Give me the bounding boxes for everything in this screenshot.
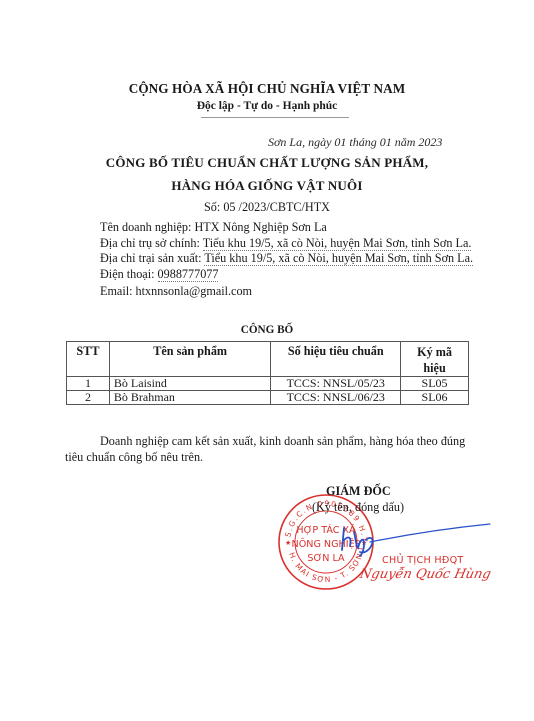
- phone-row: Điện thoại: 0988777077: [100, 267, 218, 282]
- company-name-row: Tên doanh nghiệp: HTX Nông Nghiệp Sơn La: [100, 220, 327, 235]
- national-motto: Độc lập - Tự do - Hạnh phúc: [0, 100, 534, 112]
- cell-code: SL06: [401, 391, 469, 405]
- table-header-row: STT Tên sản phẩm Số hiệu tiêu chuẩn Ký m…: [67, 342, 469, 377]
- document-number: Số: 05 /2023/CBTC/HTX: [0, 200, 534, 215]
- commitment-line1: Doanh nghiệp cam kết sản xuất, kinh doan…: [100, 434, 465, 449]
- headquarters-address-value: Tiểu khu 19/5, xã cò Nòi, huyện Mai Sơn,…: [203, 236, 472, 251]
- email-label: Email:: [100, 284, 136, 298]
- farm-address-row: Địa chỉ trại sản xuất: Tiểu khu 19/5, xã…: [100, 251, 473, 266]
- national-title: CỘNG HÒA XÃ HỘI CHỦ NGHĨA VIỆT NAM: [0, 81, 534, 97]
- cell-stt: 1: [67, 377, 110, 391]
- motto-underline-divider: [201, 117, 349, 118]
- column-header-code-line2: hiệu: [423, 361, 445, 375]
- signer-position: CHỦ TỊCH HĐQT: [382, 555, 464, 566]
- column-header-standard-number: Số hiệu tiêu chuẩn: [271, 342, 401, 377]
- cell-standard-number: TCCS: NNSL/06/23: [271, 391, 401, 405]
- announcement-heading: CÔNG BỐ: [0, 324, 534, 336]
- document-title-line2: HÀNG HÓA GIỐNG VẬT NUÔI: [0, 178, 534, 194]
- commitment-line2: tiêu chuẩn công bố nêu trên.: [65, 450, 203, 465]
- farm-address-label: Địa chỉ trại sản xuất:: [100, 251, 204, 265]
- phone-label: Điện thoại:: [100, 267, 158, 281]
- email-row: Email: htxnnsonla@gmail.com: [100, 284, 252, 299]
- column-header-code-line1: Ký mã: [417, 345, 452, 359]
- column-header-stt: STT: [67, 342, 110, 377]
- headquarters-address-row: Địa chỉ trụ sở chính: Tiểu khu 19/5, xã …: [100, 236, 471, 251]
- headquarters-address-label: Địa chỉ trụ sở chính:: [100, 236, 203, 250]
- farm-address-value: Tiểu khu 19/5, xã cò Nòi, huyện Mai Sơn,…: [204, 251, 473, 266]
- document-title-line1: CÔNG BỐ TIÊU CHUẨN CHẤT LƯỢNG SẢN PHẨM,: [0, 155, 534, 171]
- company-name-label: Tên doanh nghiệp:: [100, 220, 194, 234]
- cell-standard-number: TCCS: NNSL/05/23: [271, 377, 401, 391]
- cell-product-name: Bò Brahman: [109, 391, 271, 405]
- table-row: 1 Bò Laisind TCCS: NNSL/05/23 SL05: [67, 377, 469, 391]
- company-name-value: HTX Nông Nghiệp Sơn La: [194, 220, 326, 234]
- email-value: htxnnsonla@gmail.com: [136, 284, 253, 298]
- table-row: 2 Bò Brahman TCCS: NNSL/06/23 SL06: [67, 391, 469, 405]
- signer-name: Nguyễn Quốc Hùng: [358, 567, 492, 582]
- phone-value: 0988777077: [158, 267, 219, 282]
- date-line: Sơn La, ngày 01 tháng 01 năm 2023: [268, 135, 442, 150]
- signer-title: GIÁM ĐỐC: [326, 484, 391, 499]
- cell-stt: 2: [67, 391, 110, 405]
- cell-product-name: Bò Laisind: [109, 377, 271, 391]
- product-standards-table: STT Tên sản phẩm Số hiệu tiêu chuẩn Ký m…: [66, 341, 469, 405]
- column-header-product-name: Tên sản phẩm: [109, 342, 271, 377]
- column-header-code: Ký mã hiệu: [401, 342, 469, 377]
- cell-code: SL05: [401, 377, 469, 391]
